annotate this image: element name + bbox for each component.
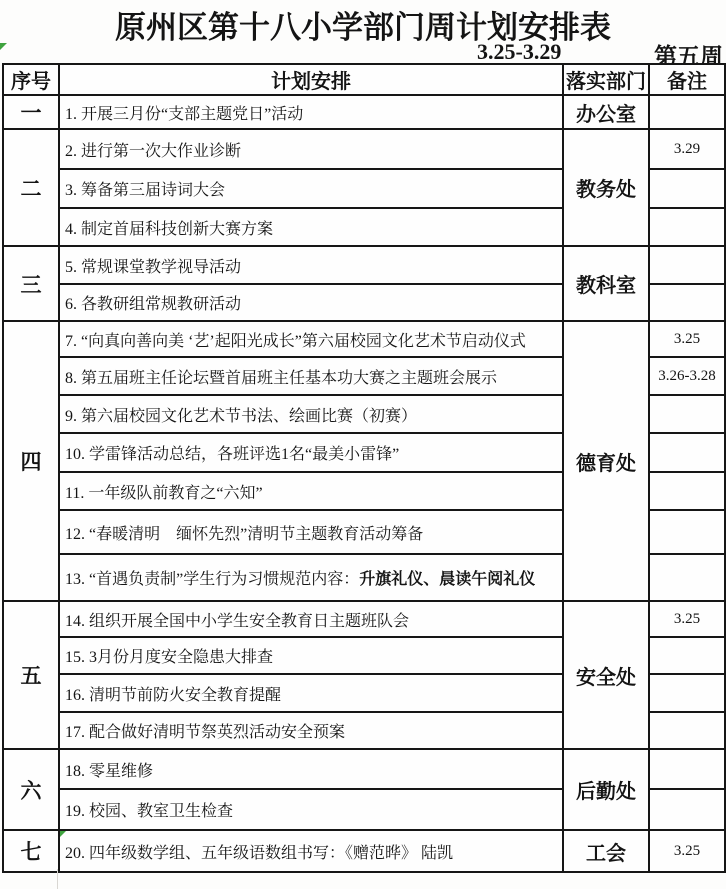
department-cell: 教务处	[563, 129, 649, 246]
remark-cell: 3.25	[649, 601, 725, 637]
plan-text: 13. “首遇负责制”学生行为习惯规范内容：	[65, 571, 359, 588]
serial-cell: 四	[3, 321, 59, 601]
plan-text: 8. 第五届班主任论坛暨首届班主任基本功大赛之主题班会展示	[65, 370, 497, 387]
remark-cell	[649, 712, 725, 749]
remark-cell	[649, 789, 725, 830]
plan-text: 7. “向真向善向美 ‘艺’起阳光成长”第六届校园文化艺术节启动仪式	[65, 333, 526, 350]
plan-text: 4. 制定首届科技创新大赛方案	[65, 221, 273, 238]
plan-cell: 10. 学雷锋活动总结，各班评选1名“最美小雷锋”	[59, 433, 563, 472]
plan-text: 6. 各教研组常规教研活动	[65, 296, 241, 313]
plan-cell: 17. 配合做好清明节祭英烈活动安全预案	[59, 712, 563, 749]
serial-cell: 七	[3, 830, 59, 872]
plan-cell: 3. 筹备第三届诗词大会	[59, 169, 563, 208]
plan-cell: 15. 3月份月度安全隐患大排查	[59, 637, 563, 674]
remark-cell	[649, 637, 725, 674]
header-row: 序号 计划安排 落实部门 备注	[3, 64, 725, 95]
plan-text: 10. 学雷锋活动总结，各班评选1名“最美小雷锋”	[65, 446, 399, 463]
col-header-serial: 序号	[3, 64, 59, 95]
col-header-plan: 计划安排	[59, 64, 563, 95]
table-row: 五14. 组织开展全国中小学生安全教育日主题班队会安全处3.25	[3, 601, 725, 637]
error-marker-icon	[0, 43, 7, 50]
plan-cell: 4. 制定首届科技创新大赛方案	[59, 208, 563, 246]
page-title: 原州区第十八小学部门周计划安排表	[0, 2, 726, 47]
table-row: 七20. 四年级数学组、五年级语数组书写：《赠范晔》 陆凯工会3.25	[3, 830, 725, 872]
department-cell: 安全处	[563, 601, 649, 749]
plan-text: 17. 配合做好清明节祭英烈活动安全预案	[65, 724, 345, 741]
plan-cell: 11. 一年级队前教育之“六知”	[59, 472, 563, 510]
remark-cell	[649, 749, 725, 789]
plan-text-bold: 升旗礼仪、晨读午阅礼仪	[359, 571, 535, 588]
table-row: 六18. 零星维修后勤处	[3, 749, 725, 789]
plan-cell: 6. 各教研组常规教研活动	[59, 284, 563, 321]
remark-cell	[649, 169, 725, 208]
remark-cell: 3.29	[649, 129, 725, 169]
plan-text: 3. 筹备第三届诗词大会	[65, 182, 225, 199]
serial-cell: 三	[3, 246, 59, 321]
remark-cell	[649, 395, 725, 433]
plan-text: 18. 零星维修	[65, 763, 153, 780]
serial-cell: 二	[3, 129, 59, 246]
remark-cell	[649, 472, 725, 510]
department-cell: 德育处	[563, 321, 649, 601]
plan-cell: 19. 校园、教室卫生检查	[59, 789, 563, 830]
plan-cell: 13. “首遇负责制”学生行为习惯规范内容：升旗礼仪、晨读午阅礼仪	[59, 554, 563, 601]
plan-cell: 9. 第六届校园文化艺术节书法、绘画比赛（初赛）	[59, 395, 563, 433]
department-cell: 后勤处	[563, 749, 649, 830]
plan-text: 19. 校园、教室卫生检查	[65, 803, 233, 820]
table-row: 四7. “向真向善向美 ‘艺’起阳光成长”第六届校园文化艺术节启动仪式德育处3.…	[3, 321, 725, 357]
plan-text: 14. 组织开展全国中小学生安全教育日主题班队会	[65, 613, 409, 630]
remark-cell	[649, 284, 725, 321]
remark-cell	[649, 208, 725, 246]
plan-cell: 20. 四年级数学组、五年级语数组书写：《赠范晔》 陆凯	[59, 830, 563, 872]
plan-text: 1. 开展三月份“支部主题党日”活动	[65, 106, 303, 123]
serial-cell: 五	[3, 601, 59, 749]
plan-text: 20. 四年级数学组、五年级语数组书写：《赠范晔》 陆凯	[65, 845, 453, 862]
table-row: 一1. 开展三月份“支部主题党日”活动办公室	[3, 95, 725, 129]
remark-cell	[649, 95, 725, 129]
remark-cell	[649, 433, 725, 472]
department-cell: 办公室	[563, 95, 649, 129]
remark-cell	[649, 510, 725, 554]
col-header-remark: 备注	[649, 64, 725, 95]
remark-cell	[649, 246, 725, 284]
plan-cell: 8. 第五届班主任论坛暨首届班主任基本功大赛之主题班会展示	[59, 357, 563, 395]
remark-cell: 3.25	[649, 830, 725, 872]
gridline	[57, 869, 58, 889]
plan-text: 16. 清明节前防火安全教育提醒	[65, 687, 281, 704]
table-row: 二2. 进行第一次大作业诊断教务处3.29	[3, 129, 725, 169]
plan-cell: 14. 组织开展全国中小学生安全教育日主题班队会	[59, 601, 563, 637]
remark-cell: 3.26-3.28	[649, 357, 725, 395]
error-marker-icon	[60, 831, 66, 837]
table-row: 三5. 常规课堂教学视导活动教科室	[3, 246, 725, 284]
plan-cell: 7. “向真向善向美 ‘艺’起阳光成长”第六届校园文化艺术节启动仪式	[59, 321, 563, 357]
plan-text: 11. 一年级队前教育之“六知”	[65, 485, 263, 502]
remark-cell	[649, 674, 725, 712]
plan-text: 9. 第六届校园文化艺术节书法、绘画比赛（初赛）	[65, 408, 417, 425]
serial-cell: 六	[3, 749, 59, 830]
plan-cell: 12. “春暖清明 缅怀先烈”清明节主题教育活动筹备	[59, 510, 563, 554]
serial-cell: 一	[3, 95, 59, 129]
plan-text: 12. “春暖清明 缅怀先烈”清明节主题教育活动筹备	[65, 526, 423, 543]
col-header-department: 落实部门	[563, 64, 649, 95]
department-cell: 教科室	[563, 246, 649, 321]
plan-cell: 1. 开展三月份“支部主题党日”活动	[59, 95, 563, 129]
plan-text: 2. 进行第一次大作业诊断	[65, 143, 241, 160]
plan-text: 15. 3月份月度安全隐患大排查	[65, 649, 273, 666]
plan-cell: 2. 进行第一次大作业诊断	[59, 129, 563, 169]
date-range: 3.25-3.29	[477, 39, 561, 65]
plan-cell: 18. 零星维修	[59, 749, 563, 789]
remark-cell: 3.25	[649, 321, 725, 357]
plan-cell: 5. 常规课堂教学视导活动	[59, 246, 563, 284]
remark-cell	[649, 554, 725, 601]
plan-table: 序号 计划安排 落实部门 备注 一1. 开展三月份“支部主题党日”活动办公室二2…	[2, 63, 726, 873]
plan-table-body: 一1. 开展三月份“支部主题党日”活动办公室二2. 进行第一次大作业诊断教务处3…	[3, 95, 725, 872]
plan-cell: 16. 清明节前防火安全教育提醒	[59, 674, 563, 712]
department-cell: 工会	[563, 830, 649, 872]
plan-text: 5. 常规课堂教学视导活动	[65, 259, 241, 276]
